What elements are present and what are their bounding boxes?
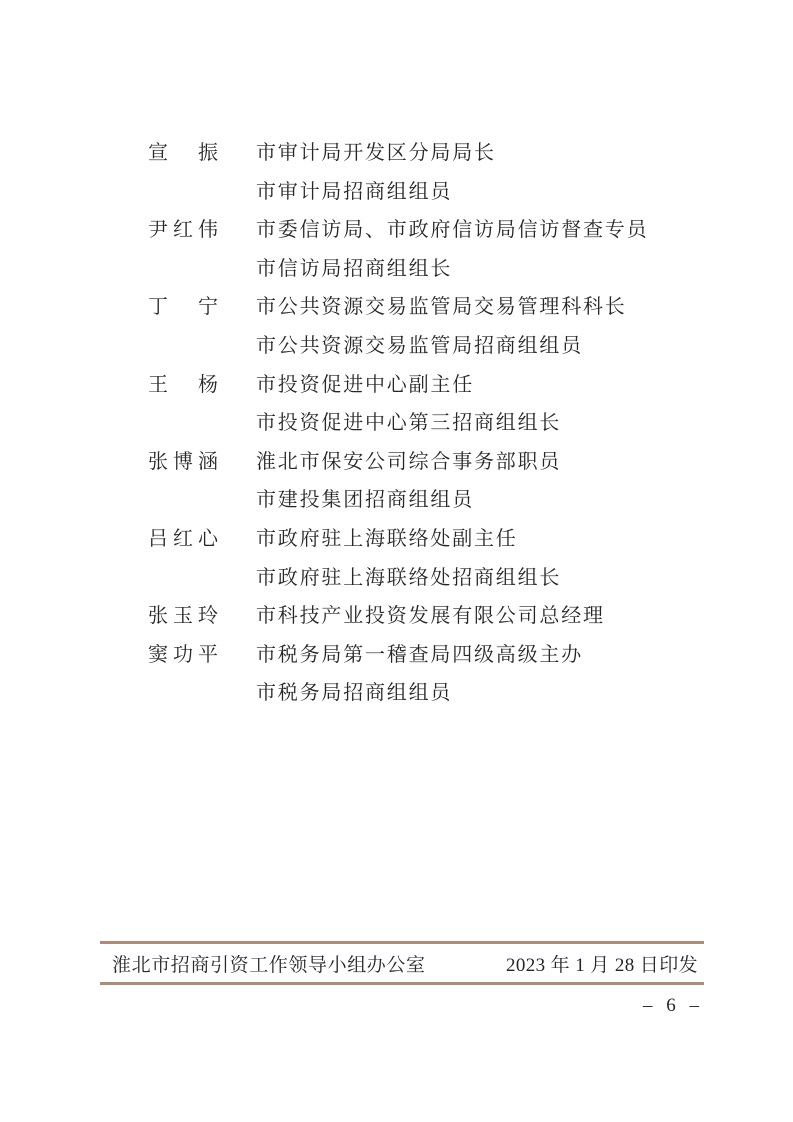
person-name: 宣 振: [148, 134, 256, 173]
roster: 宣 振 市审计局开发区分局局长市审计局招商组组员 尹红伟 市委信访局、市政府信访…: [148, 134, 648, 713]
position-line: 市投资促进中心副主任: [256, 366, 648, 405]
footer-row: 淮北市招商引资工作领导小组办公室 2023 年 1 月 28 日印发: [100, 946, 704, 980]
person-positions: 市政府驻上海联络处副主任市政府驻上海联络处招商组组长: [256, 520, 648, 597]
person-positions: 市投资促进中心副主任市投资促进中心第三招商组组长: [256, 366, 648, 443]
position-line: 市税务局招商组组员: [256, 674, 648, 713]
person-name: 张博涵: [148, 443, 256, 482]
position-line: 市政府驻上海联络处招商组组长: [256, 559, 648, 598]
person-name: 吕红心: [148, 520, 256, 559]
position-line: 淮北市保安公司综合事务部职员: [256, 443, 648, 482]
person-name: 窦功平: [148, 636, 256, 675]
position-line: 市建投集团招商组组员: [256, 481, 648, 520]
person-positions: 淮北市保安公司综合事务部职员市建投集团招商组组员: [256, 443, 648, 520]
footer-rule-top: [100, 941, 704, 944]
person-positions: 市科技产业投资发展有限公司总经理: [256, 597, 648, 636]
position-line: 市政府驻上海联络处副主任: [256, 520, 648, 559]
document-page: 宣 振 市审计局开发区分局局长市审计局招商组组员 尹红伟 市委信访局、市政府信访…: [0, 0, 793, 1122]
position-line: 市科技产业投资发展有限公司总经理: [256, 597, 648, 636]
person-name: 张玉玲: [148, 597, 256, 636]
roster-entry: 丁 宁 市公共资源交易监管局交易管理科科长市公共资源交易监管局招商组组员: [148, 288, 648, 365]
person-name: 尹红伟: [148, 211, 256, 250]
roster-entry: 吕红心 市政府驻上海联络处副主任市政府驻上海联络处招商组组长: [148, 520, 648, 597]
position-line: 市委信访局、市政府信访局信访督查专员: [256, 211, 648, 250]
position-line: 市信访局招商组组长: [256, 250, 648, 289]
roster-entry: 张博涵 淮北市保安公司综合事务部职员市建投集团招商组组员: [148, 443, 648, 520]
position-line: 市公共资源交易监管局交易管理科科长: [256, 288, 648, 327]
position-line: 市投资促进中心第三招商组组长: [256, 404, 648, 443]
roster-entry: 张玉玲 市科技产业投资发展有限公司总经理: [148, 597, 648, 636]
person-positions: 市公共资源交易监管局交易管理科科长市公共资源交易监管局招商组组员: [256, 288, 648, 365]
position-line: 市税务局第一稽查局四级高级主办: [256, 636, 648, 675]
position-line: 市审计局开发区分局局长: [256, 134, 648, 173]
roster-entry: 窦功平 市税务局第一稽查局四级高级主办市税务局招商组组员: [148, 636, 648, 713]
footer-rule-bottom: [100, 982, 704, 985]
position-line: 市审计局招商组组员: [256, 173, 648, 212]
page-number: – 6 –: [643, 995, 700, 1017]
person-positions: 市税务局第一稽查局四级高级主办市税务局招商组组员: [256, 636, 648, 713]
roster-entry: 尹红伟 市委信访局、市政府信访局信访督查专员市信访局招商组组长: [148, 211, 648, 288]
footer-print-date: 2023 年 1 月 28 日印发: [506, 950, 698, 977]
person-positions: 市审计局开发区分局局长市审计局招商组组员: [256, 134, 648, 211]
person-positions: 市委信访局、市政府信访局信访督查专员市信访局招商组组长: [256, 211, 648, 288]
person-name: 王 杨: [148, 366, 256, 405]
person-name: 丁 宁: [148, 288, 256, 327]
roster-entry: 王 杨 市投资促进中心副主任市投资促进中心第三招商组组长: [148, 366, 648, 443]
footer-issuer: 淮北市招商引资工作领导小组办公室: [112, 950, 426, 977]
position-line: 市公共资源交易监管局招商组组员: [256, 327, 648, 366]
roster-entry: 宣 振 市审计局开发区分局局长市审计局招商组组员: [148, 134, 648, 211]
